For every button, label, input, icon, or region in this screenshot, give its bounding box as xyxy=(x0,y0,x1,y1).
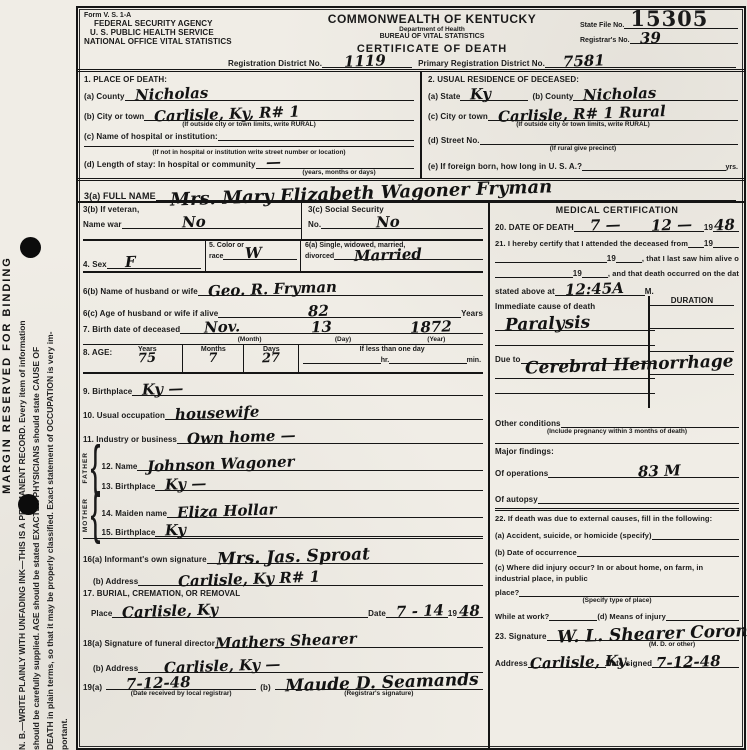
certificate-title: CERTIFICATE OF DEATH xyxy=(284,43,580,55)
age-days-value: 27 xyxy=(246,352,296,365)
physician-signature-block: 23. Signature W. L. Shearer Coroner (M. … xyxy=(495,621,739,668)
cause-of-death-block: DURATION Immediate cause of death Paraly… xyxy=(495,296,739,414)
pod-stay-label: (d) Length of stay: In hospital or commu… xyxy=(84,160,256,169)
burial-heading: 17. BURIAL, CREMATION, OR REMOVAL xyxy=(83,589,483,598)
bureau-line: BUREAU OF VITAL STATISTICS xyxy=(284,33,580,41)
external-causes-block: 22. If death was due to external causes,… xyxy=(495,511,739,622)
res-city-label: (c) City or town xyxy=(428,112,488,121)
pod-stay-value: — xyxy=(265,156,280,170)
funeral-director-row: 18(a) Signature of funeral director Math… xyxy=(83,626,483,648)
birthplace-label: 9. Birthplace xyxy=(83,387,132,396)
father-group: FATHER { 12. Name Johnson Wagoner 13. Bi… xyxy=(83,444,483,492)
row19b-label: (b) xyxy=(260,683,271,692)
pod-heading: 1. PLACE OF DEATH: xyxy=(84,75,414,84)
birthplace-row: 9. Birthplace Ky — xyxy=(83,374,483,396)
funeral-address-label: (b) Address xyxy=(93,664,138,673)
burial-date-label: Date xyxy=(368,609,386,618)
certify-line3-text: , and that death occurred on the dat xyxy=(608,269,739,278)
husband-value: Geo. R. Fryman xyxy=(208,281,337,299)
full-name-label: 3(a) FULL NAME xyxy=(84,191,156,201)
burial-year-value: 48 xyxy=(459,605,480,619)
age-min-label: min. xyxy=(467,357,481,364)
pod-stay-note: (years, months or days) xyxy=(264,169,414,176)
birth-month-caption: (Month) xyxy=(203,336,296,343)
major-findings-label: Major findings: xyxy=(495,443,739,456)
registration-district-row: Registration District No. 1119 Primary R… xyxy=(78,55,744,72)
informant-label: 16(a) Informant's own signature xyxy=(83,555,207,564)
age-hr-label: hr. xyxy=(381,357,390,364)
certify-line2-text: , that I last saw him alive o xyxy=(642,254,739,263)
res-county-value: Nicholas xyxy=(583,87,657,103)
mother-birthplace-value: Ky xyxy=(165,524,187,538)
primary-district-label: Primary Registration District No. xyxy=(418,59,545,68)
address-23-label: Address xyxy=(495,659,528,668)
occupation-label: 10. Usual occupation xyxy=(83,411,165,420)
burial-place-value: Carlisle, Ky xyxy=(122,604,219,621)
birth-day-caption: (Day) xyxy=(296,336,389,343)
veteran-ss-row: 3(b) If veteran, Name war No 3(c) Social… xyxy=(83,203,483,241)
age-label: 8. AGE: xyxy=(83,345,112,372)
dod-year-prefix: 19 xyxy=(704,223,713,232)
res-state-value: Ky xyxy=(470,88,492,102)
mother-name-label: 14. Maiden name xyxy=(102,509,168,518)
birth-year-value: 1872 xyxy=(410,321,452,336)
agency-line2: U. S. PUBLIC HEALTH SERVICE xyxy=(84,28,284,37)
birth-date-row: 7. Birth date of deceased Nov. 13 1872 (… xyxy=(83,318,483,344)
res-foreign-suffix: yrs. xyxy=(726,164,738,171)
occupation-row: 10. Usual occupation housewife xyxy=(83,396,483,420)
marital-label2: divorced xyxy=(305,253,334,260)
spouse-age-suffix: Years xyxy=(461,309,483,318)
external-c2-label: place? xyxy=(495,588,519,597)
agency-line1: FEDERAL SECURITY AGENCY xyxy=(84,19,284,28)
veteran-war-label: Name war xyxy=(83,220,122,229)
father-name-label: 12. Name xyxy=(102,462,138,471)
father-birthplace-label: 13. Birthplace xyxy=(102,482,156,491)
res-state-label: (a) State xyxy=(428,92,460,101)
registrar-received-row: 19(a) 7-12-48 (Date received by local re… xyxy=(83,673,483,705)
form-number: Form V. S. 1-A xyxy=(84,12,284,19)
husband-row: 6(b) Name of husband or wife Geo. R. Fry… xyxy=(83,273,483,296)
medical-column: MEDICAL CERTIFICATION 20. DATE OF DEATH … xyxy=(490,203,744,748)
certify-line1-yr: 19 xyxy=(704,239,713,248)
registrar-no-label: Registrar's No. xyxy=(580,37,630,44)
date-of-death-row: 20. DATE OF DEATH 7 — 12 — 19 48 xyxy=(495,215,739,232)
spouse-age-row: 6(c) Age of husband or wife if alive 82 … xyxy=(83,296,483,318)
informant-signature: Mrs. Jas. Sproat xyxy=(216,547,369,568)
address-23-value: Carlisle, Ky. xyxy=(530,654,630,671)
district-value: 1119 xyxy=(344,55,386,70)
registrar-no-value: 39 xyxy=(639,31,660,45)
marital-value: Married xyxy=(354,248,422,264)
pod-hospital-label: (c) Name of hospital or institution: xyxy=(84,132,218,141)
race-value: W xyxy=(245,247,262,261)
binding-margin: MARGIN RESERVED FOR BINDING N. B.—WRITE … xyxy=(0,0,78,750)
sex-value: F xyxy=(125,256,136,270)
res-county-label: (b) County xyxy=(532,92,573,101)
autopsy-row: Of autopsy xyxy=(495,478,739,504)
margin-note-line2: should be carefully supplied. AGE should… xyxy=(29,0,43,750)
margin-binding-text: MARGIN RESERVED FOR BINDING xyxy=(0,0,15,750)
date-signed-value: 7-12-48 xyxy=(656,655,721,671)
spouse-age-label: 6(c) Age of husband or wife if alive xyxy=(83,309,218,318)
birth-day-value: 13 xyxy=(311,321,332,335)
certify-line3: 19 , and that death occurred on the dat xyxy=(495,263,739,278)
mother-side-label: MOTHER xyxy=(83,498,90,532)
burial-place-label: Place xyxy=(91,609,112,618)
state-file-label: State File No. xyxy=(580,22,624,29)
pod-hospital-note: (If not in hospital or institution write… xyxy=(84,146,414,156)
pod-county-label: (a) County xyxy=(84,92,125,101)
father-birthplace-value: Ky — xyxy=(165,478,207,493)
punch-hole-top xyxy=(20,237,41,258)
dod-year-value: 48 xyxy=(714,219,735,233)
occupation-value: housewife xyxy=(175,406,260,422)
medical-cert-heading: MEDICAL CERTIFICATION xyxy=(495,205,739,215)
mother-group: MOTHER { 14. Maiden name Eliza Hollar 15… xyxy=(83,492,483,538)
death-certificate-form: Form V. S. 1-A FEDERAL SECURITY AGENCY U… xyxy=(76,6,746,750)
place-of-death-section: 1. PLACE OF DEATH: (a) County Nicholas (… xyxy=(78,72,422,178)
operations-row: Of operations 83 M xyxy=(495,456,739,478)
margin-note-line3: DEATH in plain terms, so that it may be … xyxy=(43,0,57,750)
age-row: 8. AGE: Years 75 Months 7 Days 27 If les… xyxy=(83,344,483,374)
signature-23-label: 23. Signature xyxy=(495,632,547,641)
ss-value: No xyxy=(376,216,400,230)
sections-1-2: 1. PLACE OF DEATH: (a) County Nicholas (… xyxy=(78,72,744,181)
industry-value: Own home — xyxy=(187,429,296,446)
mother-name-value: Eliza Hollar xyxy=(177,504,277,521)
other-conditions-row: Other conditions (Include pregnancy with… xyxy=(495,414,739,435)
sex-label: 4. Sex xyxy=(83,260,107,269)
mother-brace: { xyxy=(91,486,101,543)
external-b-label: (b) Date of occurrence xyxy=(495,548,577,557)
operations-value: 83 M xyxy=(638,465,681,480)
full-name-row: 3(a) FULL NAME Mrs. Mary Elizabeth Wagon… xyxy=(78,181,744,203)
age-years-value: 75 xyxy=(114,352,180,366)
burial-block: 17. BURIAL, CREMATION, OR REMOVAL Place … xyxy=(83,586,483,626)
district-label: Registration District No. xyxy=(228,59,322,68)
res-foreign-label: (e) If foreign born, how long in U. S. A… xyxy=(428,162,582,171)
pod-city-label: (b) City or town xyxy=(84,112,144,121)
dod-day-value: 12 — xyxy=(651,219,693,234)
state-file-number: 15305 xyxy=(630,11,708,28)
res-street-label: (d) Street No. xyxy=(428,136,480,145)
other-conditions-label: Other conditions xyxy=(495,419,561,428)
personal-column: 3(b) If veteran, Name war No 3(c) Social… xyxy=(78,203,490,748)
margin-note-line1: N. B.—WRITE PLAINLY WITH UNFADING INK—TH… xyxy=(15,0,29,750)
veteran-value: No xyxy=(181,216,205,230)
certify-line2-yr: 19 xyxy=(607,254,616,263)
external-c-label: (c) Where did injury occur? In or about … xyxy=(495,562,739,585)
stated-above-m: M. xyxy=(645,287,654,296)
mother-birthplace-label: 15. Birthplace xyxy=(102,528,156,537)
birth-date-label: 7. Birth date of deceased xyxy=(83,325,180,334)
pod-county-value: Nicholas xyxy=(134,87,208,103)
punch-hole-bottom xyxy=(18,494,39,515)
informant-address-label: (b) Address xyxy=(93,577,138,586)
external-a-label: (a) Accident, suicide, or homicide (spec… xyxy=(495,531,652,540)
margin-rotated-text: MARGIN RESERVED FOR BINDING N. B.—WRITE … xyxy=(0,0,78,750)
certify-line1: 21. I hereby certify that I attended the… xyxy=(495,232,739,248)
certify-line2: 19 , that I last saw him alive o xyxy=(495,248,739,263)
funeral-director-label: 18(a) Signature of funeral director xyxy=(83,639,215,648)
external-heading: 22. If death was due to external causes,… xyxy=(495,514,739,523)
stated-above-label: stated above at xyxy=(495,287,555,296)
burial-date-value: 7 - 14 xyxy=(396,604,444,619)
agency-line3: NATIONAL OFFICE VITAL STATISTICS xyxy=(84,37,284,46)
while-at-work-label: While at work? xyxy=(495,612,549,621)
father-side-label: FATHER xyxy=(83,452,90,484)
operations-label: Of operations xyxy=(495,469,548,478)
informant-row: 16(a) Informant's own signature Mrs. Jas… xyxy=(83,538,483,564)
age-less-label: If less than one day xyxy=(303,346,481,353)
other-conditions-note: (Include pregnancy within 3 months of de… xyxy=(495,428,739,435)
stated-above-row: stated above at 12:45A M. xyxy=(495,278,739,296)
burial-year-prefix: 19 xyxy=(448,609,457,618)
means-of-injury-label: (d) Means of injury xyxy=(597,612,666,621)
commonwealth-title: COMMONWEALTH OF KENTUCKY xyxy=(284,12,580,26)
duration-label: DURATION xyxy=(650,296,734,306)
race-label2: race xyxy=(209,253,223,260)
birth-month-value: Nov. xyxy=(204,321,241,336)
age-months-value: 7 xyxy=(185,352,241,366)
sex-race-marital-row: 4. Sex F 5. Color or race W 6(a) Single,… xyxy=(83,241,483,273)
due-to-label: Due to xyxy=(495,355,521,364)
industry-row: 11. Industry or business Own home — xyxy=(83,420,483,444)
usual-residence-section: 2. USUAL RESIDENCE OF DECEASED: (a) Stat… xyxy=(422,72,744,178)
husband-label: 6(b) Name of husband or wife xyxy=(83,287,198,296)
dod-month-value: 7 — xyxy=(590,219,621,234)
certify-line3-yr: 19 xyxy=(573,269,582,278)
birthplace-value: Ky — xyxy=(142,383,184,398)
date-received-value: 7-12-48 xyxy=(126,676,191,692)
autopsy-label: Of autopsy xyxy=(495,495,538,504)
immediate-cause-label: Immediate cause of death xyxy=(495,302,595,311)
form-header: Form V. S. 1-A FEDERAL SECURITY AGENCY U… xyxy=(78,8,744,55)
row19-label: 19(a) xyxy=(83,683,102,692)
birth-year-caption: (Year) xyxy=(390,336,483,343)
department-line: Department of Health xyxy=(284,26,580,33)
res-street-note: (If rural give precinct) xyxy=(428,145,738,152)
primary-district-value: 7581 xyxy=(563,55,605,70)
ss-no-label: No. xyxy=(308,220,321,229)
funeral-address-row: (b) Address Carlisle, Ky — xyxy=(83,648,483,673)
certify-line1-text: 21. I hereby certify that I attended the… xyxy=(495,239,688,248)
dod-label: 20. DATE OF DEATH xyxy=(495,223,574,232)
external-c-note: (Specify type of place) xyxy=(495,597,739,604)
margin-note-line4: portant. xyxy=(57,0,71,750)
res-heading: 2. USUAL RESIDENCE OF DECEASED: xyxy=(428,75,738,84)
